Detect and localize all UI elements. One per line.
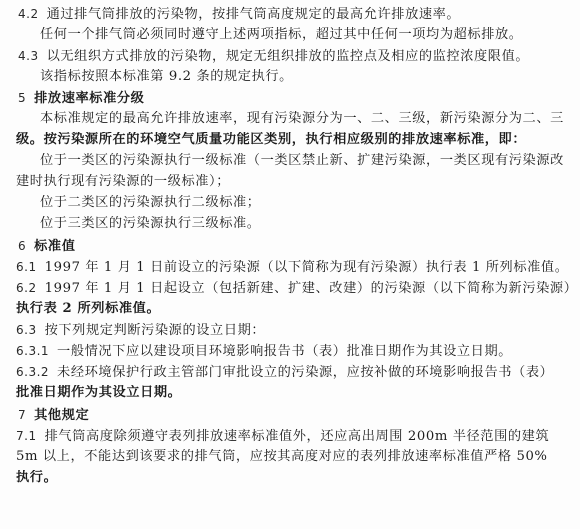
clause-text: 1997 年 1 月 1 日起设立（包括新建、扩建、改建）的污染源（以下简称为新… [45,281,578,296]
clause-number: 6.3.1 [16,343,49,359]
paragraph-text: 建时执行现有污染源的一级标准）； [16,174,230,189]
clause-7-1-continued: 5m 以上，不能达到该要求的排气筒，应按其高度对应的表列排放速率标准值严格 50… [16,449,548,465]
clause-4-3-continued: 该指标按照本标准第 9.2 条的规定执行。 [40,69,293,85]
clause-7-1: 7.1排气筒高度除须遵守表列排放速率标准值外，还应高出周围 200m 半径范围的… [16,428,549,445]
clause-6-3-2-continued: 批准日期作为其设立日期。 [16,385,181,401]
section-title: 标准值 [34,239,75,254]
section-number: 6 [18,238,26,254]
clause-4-2: 4.2通过排气筒排放的污染物，按排气筒高度规定的最高允许排放速率。 [18,6,460,23]
paragraph-text: 位于三类区的污染源执行三级标准。 [40,216,261,231]
paragraph-text: 位于一类区的污染源执行一级标准（一类区禁止新、扩建污染源，一类区现有污染源改 [40,153,564,168]
clause-4-3: 4.3以无组织方式排放的污染物，规定无组织排放的监控点及相应的监控浓度限值。 [18,48,529,65]
class-2-rule: 位于二类区的污染源执行二级标准； [40,195,261,211]
paragraph-text: 本标准规定的最高允许排放速率，现有污染源分为一、二、三级，新污染源分为二、三 [40,111,564,126]
clause-number: 6.3.2 [16,364,49,380]
clause-number: 6.2 [16,280,37,296]
clause-text: 5m 以上，不能达到该要求的排气筒，应按其高度对应的表列排放速率标准值严格 50… [16,449,548,464]
clause-text: 执行表 2 所列标准值。 [16,301,160,316]
paragraph-text: 位于二类区的污染源执行二级标准； [40,195,261,210]
section-title: 其他规定 [34,408,89,423]
clause-6-1: 6.11997 年 1 月 1 日前设立的污染源（以下简称为现有污染源）执行表 … [16,259,568,276]
section-5-heading: 5排放速率标准分级 [18,90,144,107]
clause-text: 未经环境保护行政主管部门审批设立的污染源，应按补做的环境影响报告书（表） [57,365,553,380]
section-6-heading: 6标准值 [18,238,76,255]
paragraph-text: 级。按污染源所在的环境空气质量功能区类别，执行相应级别的排放速率标准，即： [16,132,526,147]
section-number: 5 [18,90,26,106]
section-number: 7 [18,407,26,423]
clause-text: 按下列规定判断污染源的设立日期： [45,323,266,338]
clause-text: 排气筒高度除须遵守表列排放速率标准值外，还应高出周围 200m 半径范围的建筑 [45,429,550,444]
clause-6-2: 6.21997 年 1 月 1 日起设立（包括新建、扩建、改建）的污染源（以下简… [16,280,577,297]
section-title: 排放速率标准分级 [34,91,144,106]
section-7-heading: 7其他规定 [18,407,89,424]
clause-number: 7.1 [16,428,37,444]
class-1-rule-line-1: 位于一类区的污染源执行一级标准（一类区禁止新、扩建污染源，一类区现有污染源改 [40,153,564,169]
clause-6-3: 6.3按下列规定判断污染源的设立日期： [16,322,265,339]
clause-number: 6.1 [16,259,37,275]
clause-4-2-continued: 任何一个排气筒必须同时遵守上述两项指标，超过其中任何一项均为超标排放。 [40,27,523,43]
clause-6-3-1: 6.3.1一般情况下应以建设项目环境影响报告书（表）批准日期作为其设立日期。 [16,343,512,360]
clause-text: 该指标按照本标准第 9.2 条的规定执行。 [40,69,293,84]
section-5-paragraph-line-1: 本标准规定的最高允许排放速率，现有污染源分为一、二、三级，新污染源分为二、三 [40,111,564,127]
clause-text: 执行。 [16,470,57,485]
clause-number: 6.3 [16,322,37,338]
clause-text: 以无组织方式排放的污染物，规定无组织排放的监控点及相应的监控浓度限值。 [47,49,530,64]
clause-number: 4.3 [18,48,39,64]
clause-text: 一般情况下应以建设项目环境影响报告书（表）批准日期作为其设立日期。 [57,344,512,359]
document-page: 4.2通过排气筒排放的污染物，按排气筒高度规定的最高允许排放速率。 任何一个排气… [0,0,580,529]
section-5-paragraph-line-2: 级。按污染源所在的环境空气质量功能区类别，执行相应级别的排放速率标准，即： [16,132,526,148]
class-3-rule: 位于三类区的污染源执行三级标准。 [40,216,261,232]
clause-text: 1997 年 1 月 1 日前设立的污染源（以下简称为现有污染源）执行表 1 所… [45,260,569,275]
clause-6-2-continued: 执行表 2 所列标准值。 [16,301,160,317]
clause-7-1-end: 执行。 [16,470,57,486]
clause-number: 4.2 [18,6,39,22]
class-1-rule-line-2: 建时执行现有污染源的一级标准）； [16,174,230,190]
clause-text: 任何一个排气筒必须同时遵守上述两项指标，超过其中任何一项均为超标排放。 [40,27,523,42]
clause-text: 通过排气筒排放的污染物，按排气筒高度规定的最高允许排放速率。 [47,7,461,22]
clause-text: 批准日期作为其设立日期。 [16,385,181,400]
clause-6-3-2: 6.3.2未经环境保护行政主管部门审批设立的污染源，应按补做的环境影响报告书（表… [16,364,553,381]
